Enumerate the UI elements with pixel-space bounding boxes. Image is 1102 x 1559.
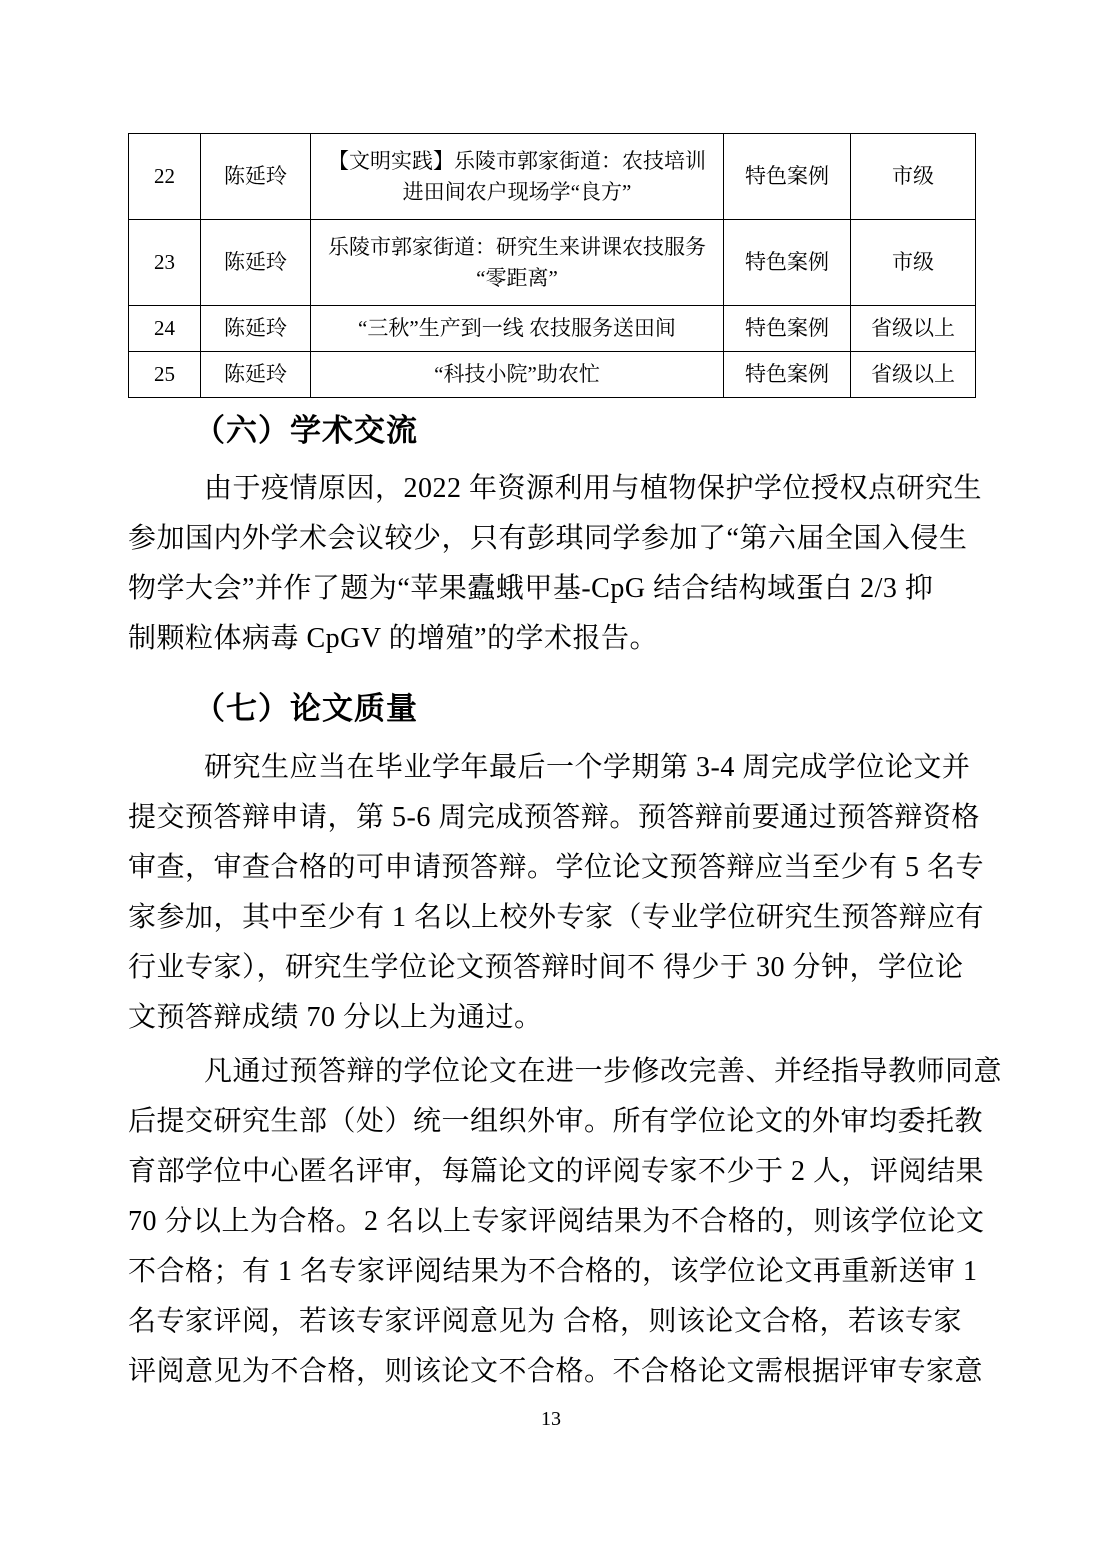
table-cell-level: 省级以上 — [851, 306, 976, 352]
table-cell-name: 陈延玲 — [201, 306, 311, 352]
table-cell-cat: 特色案例 — [724, 306, 851, 352]
table-cell-name: 陈延玲 — [201, 220, 311, 306]
text-line: 制颗粒体病毒 CpGV 的增殖”的学术报告。 — [128, 614, 980, 664]
text-line: 后提交研究生部（处）统一组织外审。所有学位论文的外审均委托教 — [128, 1097, 980, 1147]
table-cell-level: 市级 — [851, 220, 976, 306]
document-content: 22陈延玲【文明实践】乐陵市郭家街道：农技培训 进田间农户现场学“良方”特色案例… — [128, 133, 980, 1397]
table-row: 23陈延玲乐陵市郭家街道：研究生来讲课农技服务 “零距离”特色案例市级 — [129, 220, 976, 306]
table-row: 25陈延玲“科技小院”助农忙特色案例省级以上 — [129, 352, 976, 398]
text-line: 评阅意见为不合格，则该论文不合格。不合格论文需根据评审专家意 — [128, 1347, 980, 1397]
table-cell-cat: 特色案例 — [724, 352, 851, 398]
table-cell-title: “科技小院”助农忙 — [311, 352, 724, 398]
page-number: 13 — [0, 1408, 1102, 1431]
table-cell-no: 25 — [129, 352, 201, 398]
table-cell-cat: 特色案例 — [724, 220, 851, 306]
text-line: 文预答辩成绩 70 分以上为通过。 — [128, 993, 980, 1043]
table-cell-cat: 特色案例 — [724, 134, 851, 220]
text-line: 参加国内外学术会议较少，只有彭琪同学参加了“第六届全国入侵生 — [128, 514, 980, 564]
table-cell-no: 23 — [129, 220, 201, 306]
text-line: 凡通过预答辩的学位论文在进一步修改完善、并经指导教师同意 — [128, 1047, 980, 1097]
document-page: 22陈延玲【文明实践】乐陵市郭家街道：农技培训 进田间农户现场学“良方”特色案例… — [0, 0, 1102, 1559]
table-cell-no: 24 — [129, 306, 201, 352]
text-line: 审查，审查合格的可申请预答辩。学位论文预答辩应当至少有 5 名专 — [128, 843, 980, 893]
table-cell-title: “三秋”生产到一线 农技服务送田间 — [311, 306, 724, 352]
table-cell-title: 【文明实践】乐陵市郭家街道：农技培训 进田间农户现场学“良方” — [311, 134, 724, 220]
section-heading-thesis-quality: （七）论文质量 — [128, 688, 980, 730]
table-cell-no: 22 — [129, 134, 201, 220]
paragraph-thesis-predefense: 研究生应当在毕业学年最后一个学期第 3-4 周完成学位论文并提交预答辩申请，第 … — [128, 743, 980, 1043]
text-line: 提交预答辩申请，第 5-6 周完成预答辩。预答辩前要通过预答辩资格 — [128, 793, 980, 843]
table-row: 24陈延玲“三秋”生产到一线 农技服务送田间特色案例省级以上 — [129, 306, 976, 352]
table-cell-level: 市级 — [851, 134, 976, 220]
text-line: 育部学位中心匿名评审，每篇论文的评阅专家不少于 2 人，评阅结果 — [128, 1147, 980, 1197]
paragraph-academic-exchange: 由于疫情原因，2022 年资源利用与植物保护学位授权点研究生参加国内外学术会议较… — [128, 464, 980, 664]
table-row: 22陈延玲【文明实践】乐陵市郭家街道：农技培训 进田间农户现场学“良方”特色案例… — [129, 134, 976, 220]
awards-table: 22陈延玲【文明实践】乐陵市郭家街道：农技培训 进田间农户现场学“良方”特色案例… — [128, 133, 976, 398]
section-heading-academic-exchange: （六）学术交流 — [128, 410, 980, 452]
text-line: 物学大会”并作了题为“苹果蠹蛾甲基-CpG 结合结构域蛋白 2/3 抑 — [128, 564, 980, 614]
text-line: 由于疫情原因，2022 年资源利用与植物保护学位授权点研究生 — [128, 464, 980, 514]
awards-table-body: 22陈延玲【文明实践】乐陵市郭家街道：农技培训 进田间农户现场学“良方”特色案例… — [129, 134, 976, 398]
table-cell-name: 陈延玲 — [201, 352, 311, 398]
text-line: 研究生应当在毕业学年最后一个学期第 3-4 周完成学位论文并 — [128, 743, 980, 793]
text-line: 70 分以上为合格。2 名以上专家评阅结果为不合格的，则该学位论文 — [128, 1197, 980, 1247]
table-cell-level: 省级以上 — [851, 352, 976, 398]
text-line: 行业专家），研究生学位论文预答辩时间不 得少于 30 分钟，学位论 — [128, 943, 980, 993]
paragraph-thesis-review: 凡通过预答辩的学位论文在进一步修改完善、并经指导教师同意后提交研究生部（处）统一… — [128, 1047, 980, 1397]
table-cell-name: 陈延玲 — [201, 134, 311, 220]
text-line: 不合格；有 1 名专家评阅结果为不合格的，该学位论文再重新送审 1 — [128, 1247, 980, 1297]
table-cell-title: 乐陵市郭家街道：研究生来讲课农技服务 “零距离” — [311, 220, 724, 306]
text-line: 家参加，其中至少有 1 名以上校外专家（专业学位研究生预答辩应有 — [128, 893, 980, 943]
text-line: 名专家评阅，若该专家评阅意见为 合格，则该论文合格，若该专家 — [128, 1297, 980, 1347]
